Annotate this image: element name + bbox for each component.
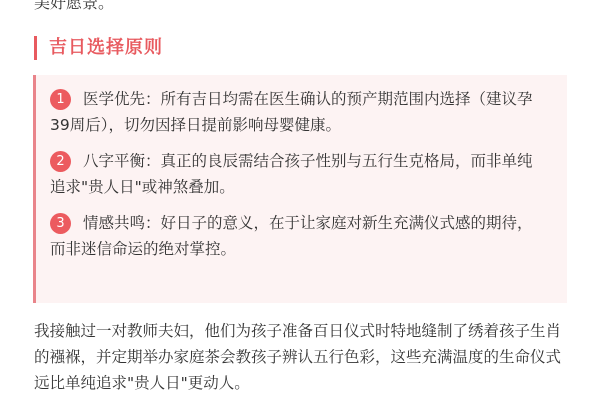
number-badge-icon: 2 — [50, 151, 71, 172]
principle-text: 医学优先：所有吉日均需在医生确认的预产期范围内选择（建议孕39周后），切勿因择日… — [50, 90, 533, 134]
section-heading: 吉日选择原则 — [34, 36, 163, 60]
principles-callout: 1医学优先：所有吉日均需在医生确认的预产期范围内选择（建议孕39周后），切勿因择… — [33, 75, 567, 303]
principle-text: 八字平衡：真正的良辰需结合孩子性别与五行生克格局，而非单纯追求"贵人日"或神煞叠… — [50, 152, 533, 196]
principle-text: 情感共鸣：好日子的意义，在于让家庭对新生充满仪式感的期待，而非迷信命运的绝对掌控… — [50, 214, 533, 258]
principle-item: 2八字平衡：真正的良辰需结合孩子性别与五行生克格局，而非单纯追求"贵人日"或神煞… — [50, 148, 547, 200]
principle-item: 3情感共鸣：好日子的意义，在于让家庭对新生充满仪式感的期待，而非迷信命运的绝对掌… — [50, 210, 547, 262]
number-badge-icon: 3 — [50, 213, 71, 234]
number-badge-icon: 1 — [50, 89, 71, 110]
principle-item: 1医学优先：所有吉日均需在医生确认的预产期范围内选择（建议孕39周后），切勿因择… — [50, 86, 547, 138]
body-paragraph: 我接触过一对教师夫妇，他们为孩子准备百日仪式时特地缝制了绣着孩子生肖的襁褓，并定… — [34, 318, 569, 396]
intro-paragraph-tail: 美好愿景。 — [34, 0, 114, 15]
